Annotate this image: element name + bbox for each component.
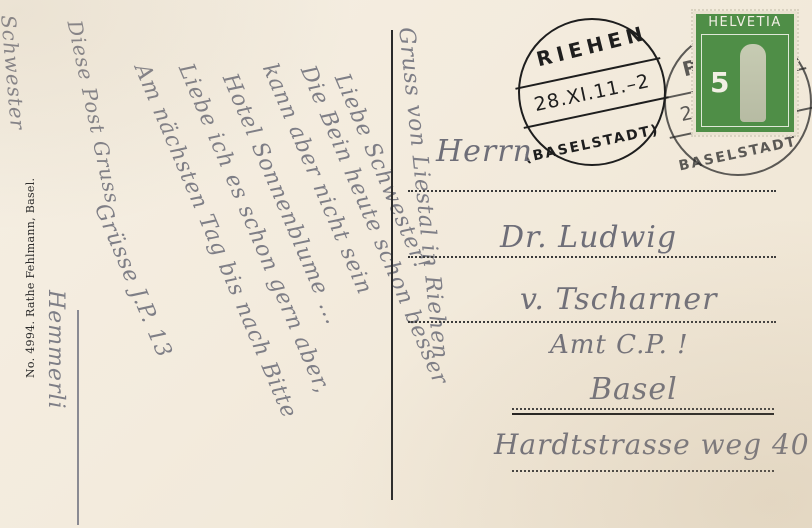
address-line-rule bbox=[408, 321, 776, 323]
address-line-rule bbox=[408, 190, 776, 192]
address-salutation: Herrn bbox=[436, 134, 533, 169]
address-street: Hardtstrasse weg 40 bbox=[494, 428, 810, 461]
message-line: Diese Post Gruss bbox=[63, 18, 125, 206]
address-line: Dr. Ludwig bbox=[500, 220, 677, 255]
postmark-region: BASELSTADT bbox=[666, 131, 810, 177]
address-line-rule bbox=[512, 470, 774, 472]
postcard: Schwester Diese Post Gruss No. 4994. Rat… bbox=[0, 0, 812, 528]
divider-line bbox=[391, 30, 393, 500]
message-line: Grüsse J.P. 13 bbox=[89, 200, 177, 362]
postmark-region: (BASELSTADT) bbox=[520, 121, 664, 167]
margin-rule bbox=[77, 310, 79, 525]
signature: Hemmerli bbox=[43, 290, 68, 410]
stamp-country: HELVETIA bbox=[696, 14, 794, 32]
postage-stamp: HELVETIA 5 bbox=[693, 11, 797, 135]
william-tell-boy-icon bbox=[740, 44, 766, 122]
address-city-underline bbox=[512, 413, 774, 415]
stamp-value: 5 bbox=[710, 66, 729, 99]
postmark-primary: RIEHEN 28.XI.11.–2 (BASELSTADT) bbox=[518, 18, 666, 166]
margin-note: Schwester bbox=[0, 14, 30, 131]
address-line-rule bbox=[512, 408, 774, 410]
address-line: Amt C.P. ! bbox=[550, 330, 689, 360]
publisher-imprint: No. 4994. Rathe Fehlmann, Basel. bbox=[24, 178, 37, 378]
address-city: Basel bbox=[590, 372, 678, 407]
address-line: v. Tscharner bbox=[520, 282, 717, 317]
address-line-rule bbox=[408, 256, 776, 258]
